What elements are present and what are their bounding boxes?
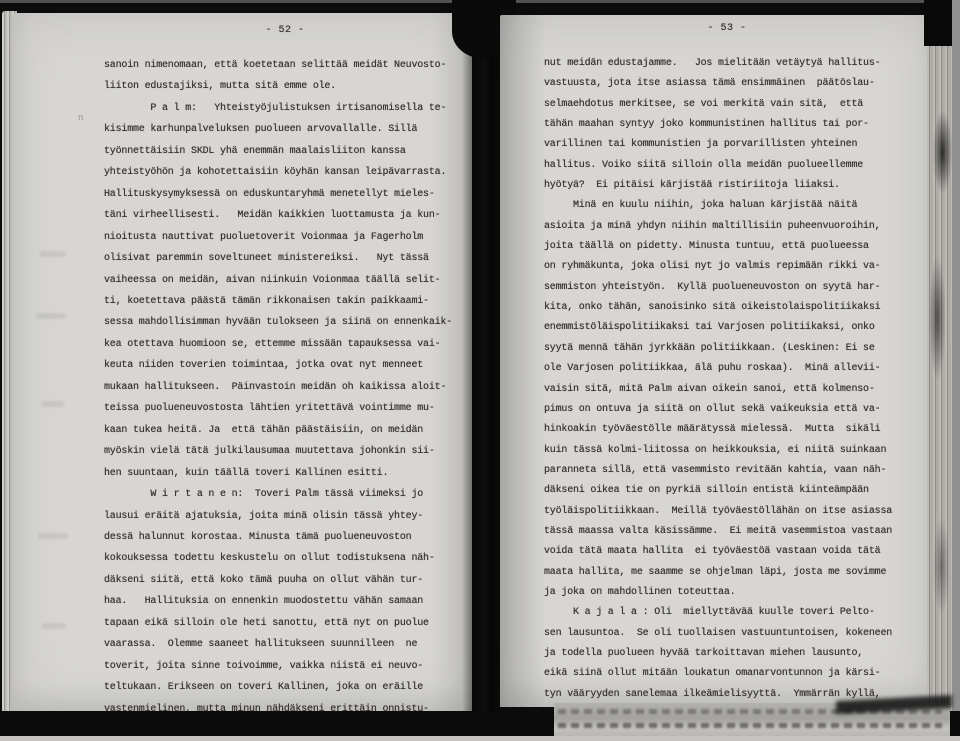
text-line: ti, koetettava päästä tämän rikkonaisen … [104,291,472,312]
text-line: Hallituskysymyksessä on eduskuntaryhmä m… [104,184,472,205]
text-line: olisivat paremmin soveltuneet ministerei… [104,248,472,269]
bleed-through-mark [36,313,66,319]
text-line: Minä en kuulu niihin, joka haluan kärjis… [544,196,916,216]
text-line: asioita ja minä yhdyn niihin maltillisii… [544,217,916,237]
text-line: syytä mennä tähän jyrkkään politiikkaan.… [544,339,916,359]
text-line: P a l m: Yhteistyöjulistuksen irtisanomi… [104,98,472,119]
text-line: sen lausuntoa. Se oli tuollaisen vastuun… [544,624,916,644]
text-line: selmaehdotus merkitsee, se voi merkitä v… [544,95,916,115]
scan-right-strip [952,0,960,741]
text-line: kita, onko tähän, sanoisinko sitä oikeis… [544,298,916,318]
text-line: keuta niiden toverien toimintaa, jotka o… [104,355,472,376]
text-line: kisimme karhunpalveluksen puolueen arvov… [104,119,472,140]
text-line: hallitus. Voiko siitä silloin olla meidä… [544,156,916,176]
smudged-text-line [558,723,942,728]
page-number-52: - 52 - [104,25,466,36]
text-line: ole Varjosen politiikkaa, älä puhu roska… [544,359,916,379]
text-line: kuin tässä kolmi-liitossa on heikkouksia… [544,441,916,461]
text-line: yhteistyöhön ja kohotettaisiin köyhän ka… [104,162,472,183]
text-line: työläispolitiikkaan. Meillä työväestöllä… [544,502,916,522]
text-line: vaiheessa on meidän, aivan niinkuin Voio… [104,270,472,291]
text-line: voida tätä maata hallita ei työväestöä v… [544,542,916,562]
text-line: vastuusta, jota itse asiassa tämä ensimm… [544,74,916,94]
text-line: däkseni oikea tie on pyrkiä silloin enti… [544,481,916,501]
text-line: tässä maassa valta käsissämme. Ei meitä … [544,522,916,542]
bleed-through-mark [42,401,64,407]
text-line: vaarassa. Olemme saaneet hallitukseen su… [104,634,472,655]
text-line: lausui eräitä ajatuksia, joita minä olis… [104,506,472,527]
text-line: paranneta sillä, että vasemmisto revitää… [544,461,916,481]
book-scan: - 52 - n sanoin nimenomaan, että koeteta… [0,0,960,741]
text-line: on ryhmäkunta, joka olisi nyt jo valmis … [544,257,916,277]
text-line: hinkoakin työväestölle määrätyssä mieles… [544,420,916,440]
text-line: däkseni siitä, että koko tämä puuha on o… [104,570,472,591]
text-line: kaan tukea heitä. Ja että tähän päästäis… [104,420,472,441]
page-52-text: sanoin nimenomaan, että koetetaan selitt… [104,55,472,720]
text-line: sanoin nimenomaan, että koetetaan selitt… [104,55,472,76]
text-line: joita täällä on pidetty. Minusta tuntuu,… [544,237,916,257]
text-line: dessä halunnut korostaa. Minusta tämä pu… [104,527,472,548]
text-line: K a j a l a : Oli miellyttävää kuulle to… [544,603,916,623]
text-line: nioitusta nauttivat puoluetoverit Voionm… [104,227,472,248]
text-line: täni virheellisesti. Meidän kaikkien luo… [104,205,472,226]
text-line: nut meidän edustajamme. Jos mielitään ve… [544,54,916,74]
text-line: ja joka on mahdollinen toteuttaa. [544,583,916,603]
text-line: teltukaan. Erikseen on toveri Kallinen, … [104,677,472,698]
text-line: semmiston yhteistyön. Kyllä puolueneuvos… [544,278,916,298]
text-line: teissa puolueneuvostosta lähtien yritett… [104,398,472,419]
text-line: tähän maahan syntyy joko kommunistinen h… [544,115,916,135]
text-line: hen suuntaan, kuin täällä toveri Kalline… [104,463,472,484]
text-line: kea otettava huomioon se, ettemme missää… [104,334,472,355]
text-line: työnnettäisiin SKDL yhä enemmän maalaisl… [104,141,472,162]
text-line: pimus on ontuva ja siitä on ollut sekä v… [544,400,916,420]
text-line: vaisin sitä, mitä Palm aivan oikein sano… [544,380,916,400]
text-line: maata hallita, me saamme se ohjelman läp… [544,563,916,583]
text-line: varillinen tai kommunistien ja porvarill… [544,135,916,155]
bottom-gray-strip [0,736,960,741]
text-line: W i r t a n e n: Toveri Palm tässä viime… [104,484,472,505]
text-line: ja todella puolueen hyvää tarkoittavan m… [544,644,916,664]
bleed-through-mark [40,251,66,257]
book-fore-edge [927,28,953,718]
text-line: eikä siinä ollut mitään loukatun omanarv… [544,664,916,684]
text-line: enemmistöläispolitiikaksi tai Varjosen p… [544,318,916,338]
page-53: - 53 - nut meidän edustajamme. Jos mieli… [500,15,930,707]
text-line: haa. Hallituksia on ennenkin muodostettu… [104,591,472,612]
page-number-53: - 53 - [544,23,910,34]
text-line: liiton edustajiksi, mutta sitä emme ole. [104,76,472,97]
bleed-through-mark [42,623,66,629]
bleed-through-mark [38,533,68,539]
stray-typewriter-mark: n [78,113,83,123]
page-52: - 52 - n sanoin nimenomaan, että koeteta… [12,13,472,713]
text-line: toverit, joita sinne toivoimme, vaikka n… [104,656,472,677]
text-line: sessa mahdollisimman hyvään tulokseen ja… [104,312,472,333]
text-line: mukaan hallitukseen. Päinvastoin meidän … [104,377,472,398]
text-line: tapaan eikä silloin ole heti sanottu, et… [104,613,472,634]
text-line: hyötyä? Ei pitäisi kärjistää ristiriitoj… [544,176,916,196]
page-53-text: nut meidän edustajamme. Jos mielitään ve… [544,54,916,705]
text-line: myöskin vielä tätä julkilausumaa muutett… [104,441,472,462]
text-line: kokouksessa todettu keskustelu on ollut … [104,548,472,569]
